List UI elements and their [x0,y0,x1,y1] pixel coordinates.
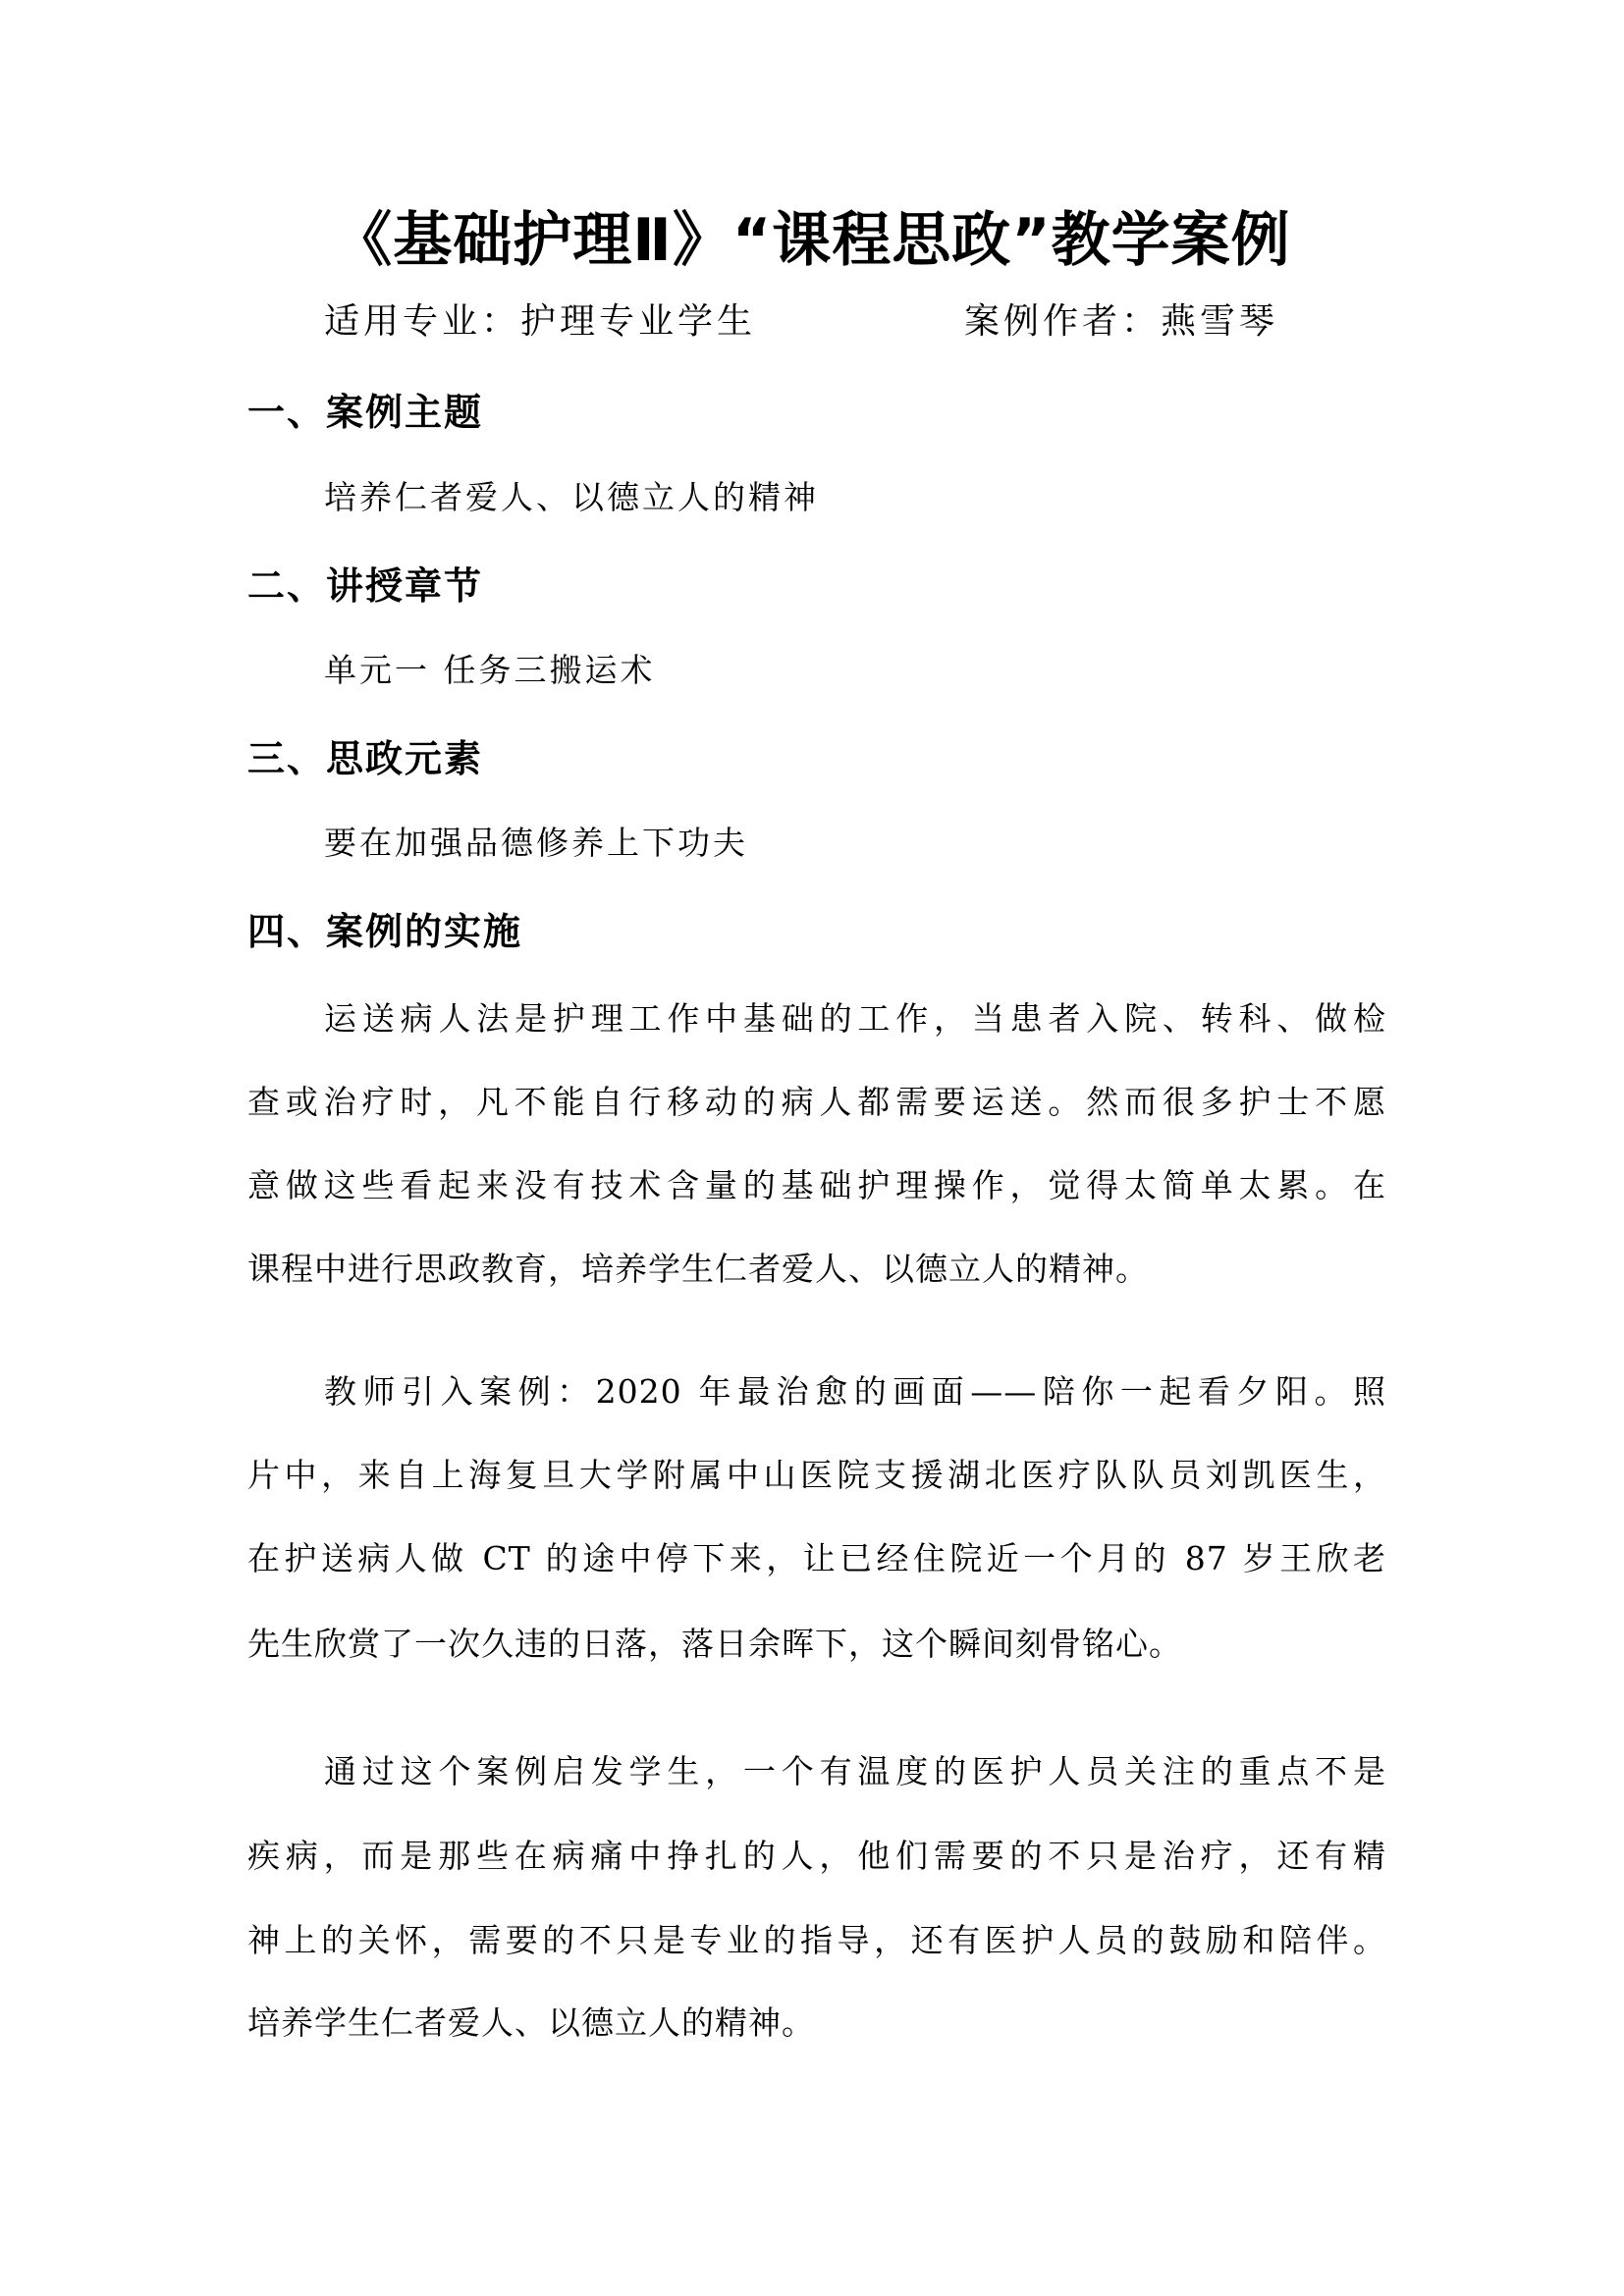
paragraph-line: 教师引入案例：2020 年最治愈的画面——陪你一起看夕阳。照 [324,1367,1386,1416]
section-content-chapter: 单元一 任务三搬运术 [324,646,656,695]
document-page: 《基础护理Ⅱ》“课程思政”教学案例 适用专业：护理专业学生 案例作者：燕雪琴 一… [0,0,1624,2296]
paragraph-line: 运送病人法是护理工作中基础的工作，当患者入院、转科、做检 [324,994,1386,1043]
paragraph-line: 培养学生仁者爱人、以德立人的精神。 [247,1999,1386,2048]
section-heading-implementation: 四、案例的实施 [247,905,522,958]
section-heading-chapter: 二、讲授章节 [247,560,483,613]
applicable-major: 适用专业：护理专业学生 [324,297,756,347]
paragraph-line: 神上的关怀，需要的不只是专业的指导，还有医护人员的鼓励和陪伴。 [247,1916,1386,1965]
paragraph-line: 通过这个案例启发学生，一个有温度的医护人员关注的重点不是 [324,1747,1386,1796]
paragraph-line: 在护送病人做 CT 的途中停下来，让已经住院近一个月的 87 岁王欣老 [247,1534,1386,1583]
paragraph-line: 疾病，而是那些在病痛中挣扎的人，他们需要的不只是治疗，还有精 [247,1832,1386,1881]
section-content-case-theme: 培养仁者爱人、以德立人的精神 [324,473,819,522]
case-author: 案例作者：燕雪琴 [964,297,1278,347]
document-title: 《基础护理Ⅱ》“课程思政”教学案例 [0,201,1624,280]
section-content-ideological-elements: 要在加强品德修养上下功夫 [324,819,748,868]
paragraph-line: 片中，来自上海复旦大学附属中山医院支援湖北医疗队队员刘凯医生， [247,1451,1386,1500]
paragraph-line: 课程中进行思政教育，培养学生仁者爱人、以德立人的精神。 [247,1245,1386,1294]
paragraph-line: 先生欣赏了一次久违的日落，落日余晖下，这个瞬间刻骨铭心。 [247,1620,1386,1669]
paragraph-line: 查或治疗时，凡不能自行移动的病人都需要运送。然而很多护士不愿 [247,1078,1386,1127]
paragraph-line: 意做这些看起来没有技术含量的基础护理操作，觉得太简单太累。在 [247,1161,1386,1210]
section-heading-case-theme: 一、案例主题 [247,386,483,439]
section-heading-ideological-elements: 三、思政元素 [247,732,483,785]
